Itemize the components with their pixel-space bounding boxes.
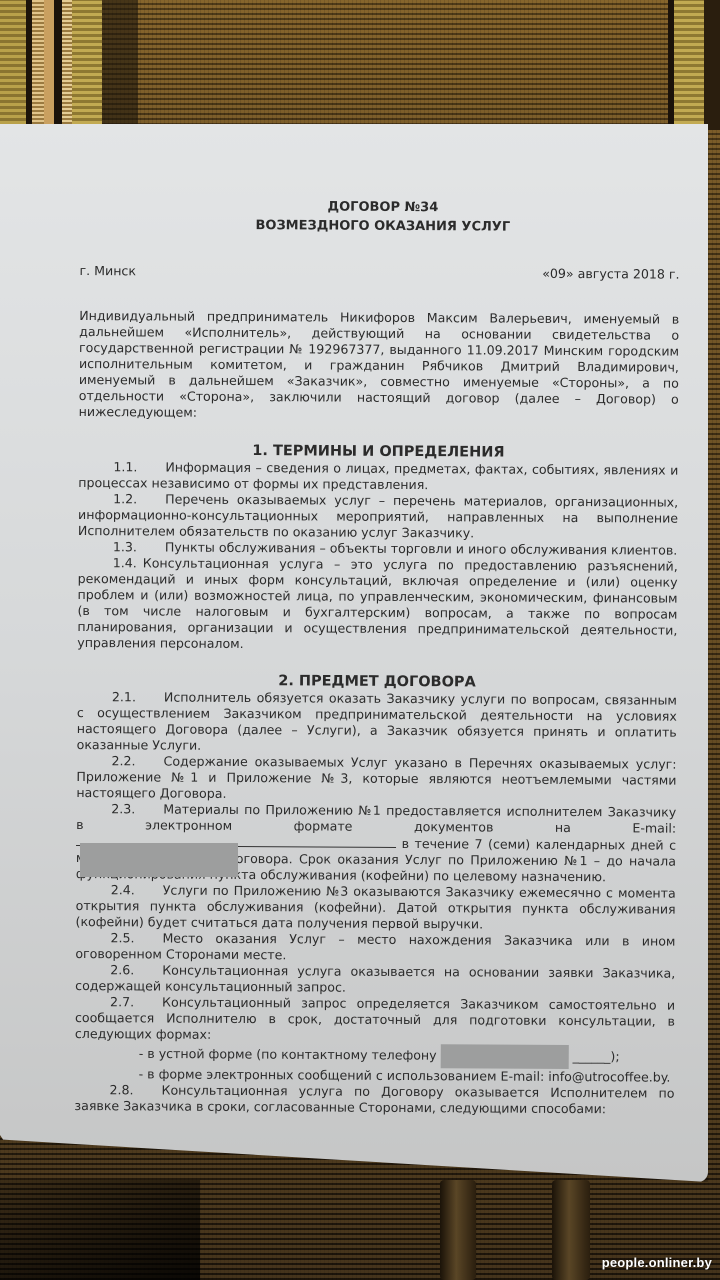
city: г. Минск (79, 263, 136, 279)
clause: 1.2.Перечень оказываемых услуг – перечен… (78, 491, 678, 543)
clause: 1.4.Консультационная услуга – это услуга… (77, 555, 678, 655)
watermark: people.onliner.by (602, 1255, 712, 1270)
clause-text: Консультационная услуга – это услуга по … (77, 555, 678, 651)
preamble: Индивидуальный предприниматель Никифоров… (79, 308, 680, 424)
clause-number: 2.7. (75, 994, 162, 1011)
clause-text: Материалы по Приложению №1 предоставляет… (76, 802, 676, 836)
date: «09» августа 2018 г. (542, 266, 679, 283)
clause-number: 2.2. (76, 753, 163, 770)
clause-number: 2.3. (76, 801, 163, 818)
clause-number: 2.4. (76, 882, 163, 899)
clause-number: 1.2. (78, 491, 165, 508)
chair-rod (440, 1180, 476, 1280)
fabric-stripe (62, 0, 72, 130)
clause-number: 2.5. (75, 930, 162, 947)
clause-text: Консультационная услуга оказывается на о… (75, 963, 675, 995)
clause-number: 2.8. (74, 1082, 161, 1099)
fabric-stripe (72, 0, 102, 130)
fabric-stripe (32, 0, 44, 130)
clause-text: Перечень оказываемых услуг – перечень ма… (78, 492, 678, 541)
fabric-stripe (0, 0, 26, 130)
clause-text: Пункты обслуживания – объекты торговли и… (165, 540, 678, 558)
clause: 2.8.Консультационная услуга по Договору … (74, 1082, 674, 1118)
fabric-stripe (674, 0, 704, 130)
place-date-row: г. Минск «09» августа 2018 г. (79, 263, 679, 283)
clause-text: Исполнитель обязуется оказать Заказчику … (77, 690, 677, 753)
bullet-item: - в устной форме (по контактному телефон… (75, 1042, 675, 1070)
bullet-tail: ______); (573, 1049, 620, 1064)
clause: 2.1.Исполнитель обязуется оказать Заказч… (77, 689, 677, 757)
clause-number: 1.3. (78, 539, 165, 556)
clause-text: Место оказания Услуг – место нахождения … (75, 931, 675, 963)
shadow (0, 1180, 200, 1280)
contract-document: ДОГОВОР №34 ВОЗМЕЗДНОГО ОКАЗАНИЯ УСЛУГ г… (74, 196, 680, 1118)
clause-text: Консультационная услуга по Договору оказ… (74, 1083, 674, 1117)
document-title: ДОГОВОР №34 ВОЗМЕЗДНОГО ОКАЗАНИЯ УСЛУГ (86, 196, 680, 238)
clause: 1.1.Информация – сведения о лицах, предм… (78, 459, 678, 495)
clause-text: Консультационный запрос определяется Зак… (75, 995, 675, 1042)
clause-number: 2.1. (77, 689, 164, 706)
clause: 2.2.Содержание оказываемых Услуг указано… (76, 753, 676, 805)
clause-number: 2.6. (75, 962, 162, 979)
clause-number: 1.4. (78, 555, 143, 571)
clause-number: 1.1. (78, 459, 165, 476)
title-line: ВОЗМЕЗДНОГО ОКАЗАНИЯ УСЛУГ (86, 215, 680, 238)
fabric-stripe (44, 0, 54, 130)
clause: 2.6.Консультационная услуга оказывается … (75, 962, 675, 998)
clause-text: Услуги по Приложению №3 оказываются Зака… (76, 883, 676, 932)
clause-text: Содержание оказываемых Услуг указано в П… (76, 754, 676, 801)
clause-text: Информация – сведения о лицах, предметах… (78, 460, 678, 493)
chair-rod (552, 1180, 590, 1280)
clause: 2.7.Консультационный запрос определяется… (75, 994, 675, 1046)
clause: 2.5.Место оказания Услуг – место нахожде… (75, 930, 675, 966)
bullet-text: - в устной форме (по контактному телефон… (139, 1046, 437, 1063)
redacted-phone (441, 1044, 569, 1069)
fabric-stripe (102, 0, 138, 130)
redacted-email (80, 843, 238, 877)
fabric-stripe (54, 0, 62, 130)
fabric-stripe (704, 0, 720, 130)
clause: 2.4.Услуги по Приложению №3 оказываются … (76, 882, 676, 934)
